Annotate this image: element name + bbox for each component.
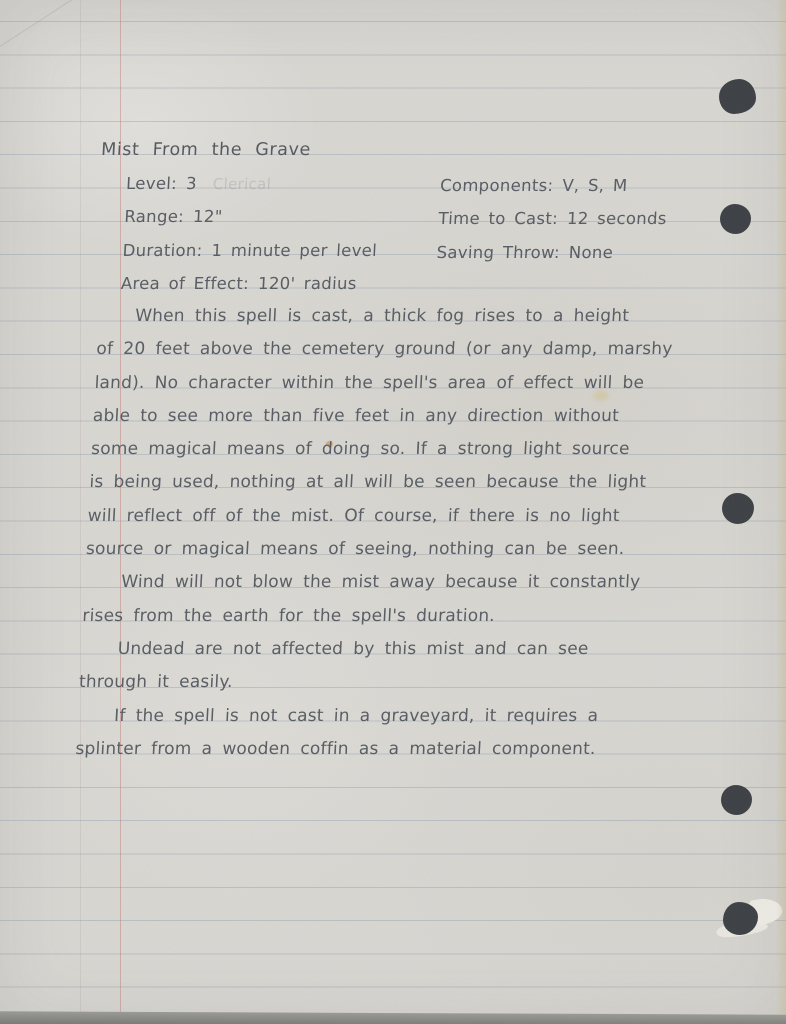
spell-stats-right: Components:V, S, MTime to Cast:12 second… [436, 169, 670, 269]
hole-punch [722, 493, 754, 524]
stat-row: Area of Effect:120' radius [120, 267, 376, 300]
spell-text-line: When this spell is cast, a thick fog ris… [97, 300, 739, 333]
stat-row: Saving Throw:None [436, 236, 666, 269]
spell-text-line: If the spell is not cast in a graveyard,… [76, 700, 718, 733]
stat-value: 12 seconds [566, 209, 667, 228]
stat-row: Level:3Clerical [125, 167, 381, 200]
spell-text-line: source or magical means of seeing, nothi… [85, 533, 727, 566]
spell-text-line: land). No character within the spell's a… [94, 367, 736, 400]
page-bottom-edge [0, 1011, 786, 1024]
hole-punch [720, 204, 751, 234]
notebook-page: Mist From the Grave Level:3ClericalRange… [0, 0, 786, 1024]
stat-value: V, S, M [562, 176, 628, 195]
spell-text-line: is being used, nothing at all will be se… [89, 466, 731, 499]
spell-stats-left: Level:3ClericalRange:12"Duration:1 minut… [120, 167, 381, 300]
paper-crease-corner [0, 0, 89, 49]
stat-value: 120' radius [258, 274, 358, 293]
spell-text-line: Undead are not affected by this mist and… [80, 633, 722, 666]
stat-label: Level: [126, 174, 178, 193]
page-right-edge [776, 0, 786, 1024]
stat-label: Duration: [122, 241, 203, 260]
spell-description: When this spell is cast, a thick fog ris… [75, 300, 739, 766]
spell-text-line: some magical means of doing so. If a str… [90, 433, 732, 466]
spell-text-line: able to see more than five feet in any d… [92, 400, 734, 433]
stat-value: 1 minute per level [211, 241, 377, 260]
page-title: Mist From the Grave [100, 134, 311, 167]
spell-text-line: rises from the earth for the spell's dur… [82, 600, 724, 633]
spell-text-line: Wind will not blow the mist away because… [83, 566, 725, 599]
stat-erased-text: Clerical [212, 175, 271, 193]
stat-row: Time to Cast:12 seconds [438, 202, 668, 235]
paper-crease-vertical [80, 0, 81, 1012]
stat-label: Range: [124, 207, 185, 226]
stat-row: Duration:1 minute per level [122, 234, 378, 267]
hole-punch [721, 785, 752, 815]
spell-text-line: will reflect off of the mist. Of course,… [87, 500, 729, 533]
stat-label: Components: [440, 176, 554, 195]
stat-label: Time to Cast: [438, 209, 559, 228]
stat-row: Components:V, S, M [439, 169, 669, 202]
stat-value: 3 [186, 174, 198, 193]
spell-text-line: splinter from a wooden coffin as a mater… [75, 733, 717, 766]
stat-label: Area of Effect: [120, 274, 249, 293]
stat-value: None [568, 243, 613, 262]
stat-value: 12" [193, 207, 223, 226]
stat-row: Range:12" [124, 200, 380, 233]
spell-text-line: through it easily. [78, 666, 720, 699]
stat-label: Saving Throw: [436, 243, 560, 262]
spell-text-line: of 20 feet above the cemetery ground (or… [96, 333, 738, 366]
hole-punch [719, 79, 756, 114]
